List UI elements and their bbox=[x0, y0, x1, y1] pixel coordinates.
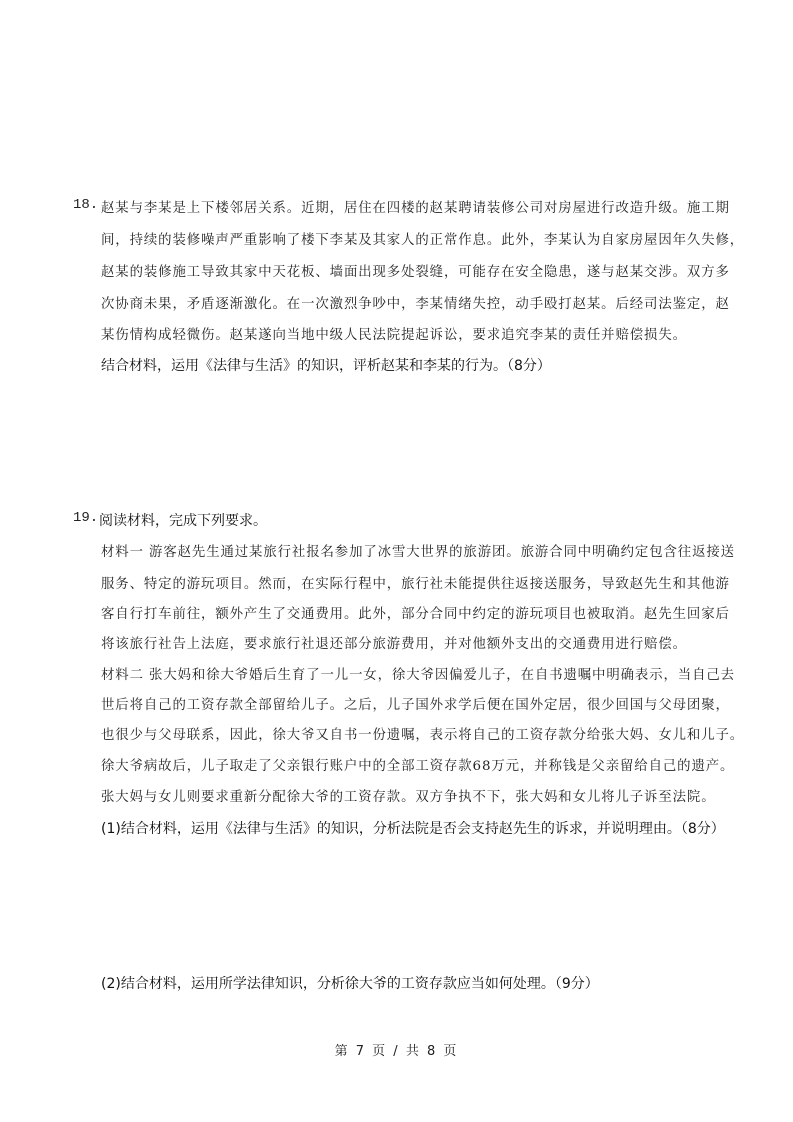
material-two-line: 徐大爷病故后，儿子取走了父亲银行账户中的全部工资存款68万元，并称钱是父亲留给自… bbox=[101, 755, 734, 774]
question-number: 18. bbox=[73, 197, 98, 213]
material-two-line: 材料二 张大妈和徐大爷婚后生育了一儿一女，徐大爷因偏爱儿子，在自书遗嘱中明确表示… bbox=[101, 664, 735, 683]
material-two-line: 也很少与父母联系，因此，徐大爷又自书一份遗嘱，表示将自己的工资存款分给张大妈、女… bbox=[101, 724, 744, 743]
material-one-line: 材料一 游客赵先生通过某旅行社报名参加了冰雪大世界的旅游团。旅游合同中明确约定包… bbox=[101, 541, 735, 560]
material-one-line: 服务、特定的游玩项目。然而，在实际行程中，旅行社未能提供往返接送服务，导致赵先生… bbox=[101, 573, 730, 592]
material-line: 间，持续的装修噪声严重影响了楼下李某及其家人的正常作息。此外，李某认为自家房屋因… bbox=[101, 229, 744, 248]
question-number: 19. bbox=[73, 510, 98, 526]
sub-question-1: (1)结合材料，运用《法律与生活》的知识，分析法院是否会支持赵先生的诉求，并说明… bbox=[101, 818, 725, 838]
material-one-line: 客自行打车前往，额外产生了交通费用。此外，部分合同中约定的游玩项目也被取消。赵先… bbox=[101, 603, 730, 622]
question-intro: 阅读材料，完成下列要求。 bbox=[99, 510, 267, 530]
sub-question-2: (2)结合材料，运用所学法律知识，分析徐大爷的工资存款应当如何处理。（9分） bbox=[101, 973, 599, 993]
page-footer: 第 7 页 / 共 8 页 bbox=[0, 1040, 793, 1059]
material-line: 次协商未果，矛盾逐渐激化。在一次激烈争吵中，李某情绪失控，动手殴打赵某。后经司法… bbox=[101, 293, 730, 312]
exam-page: 18. 赵某与李某是上下楼邻居关系。近期，居住在四楼的赵某聘请装修公司对房屋进行… bbox=[0, 0, 793, 1122]
material-line: 赵某与李某是上下楼邻居关系。近期，居住在四楼的赵某聘请装修公司对房屋进行改造升级… bbox=[101, 197, 730, 216]
question-prompt: 结合材料，运用《法律与生活》的知识，评析赵某和李某的行为。（8分） bbox=[101, 355, 551, 375]
material-line: 赵某的装修施工导致其家中天花板、墙面出现多处裂缝，可能存在安全隐患，遂与赵某交涉… bbox=[101, 261, 730, 280]
material-one-line: 将该旅行社告上法庭，要求旅行社退还部分旅游费用，并对他额外支出的交通费用进行赔偿… bbox=[101, 633, 687, 652]
material-two-line: 张大妈与女儿则要求重新分配徐大爷的工资存款。双方争执不下，张大妈和女儿将儿子诉至… bbox=[101, 786, 716, 805]
material-line: 某伤情构成轻微伤。赵某遂向当地中级人民法院提起诉讼，要求追究李某的责任并赔偿损失… bbox=[101, 324, 687, 343]
material-two-line: 世后将自己的工资存款全部留给儿子。之后，儿子国外求学后便在国外定居，很少回国与父… bbox=[101, 694, 730, 713]
